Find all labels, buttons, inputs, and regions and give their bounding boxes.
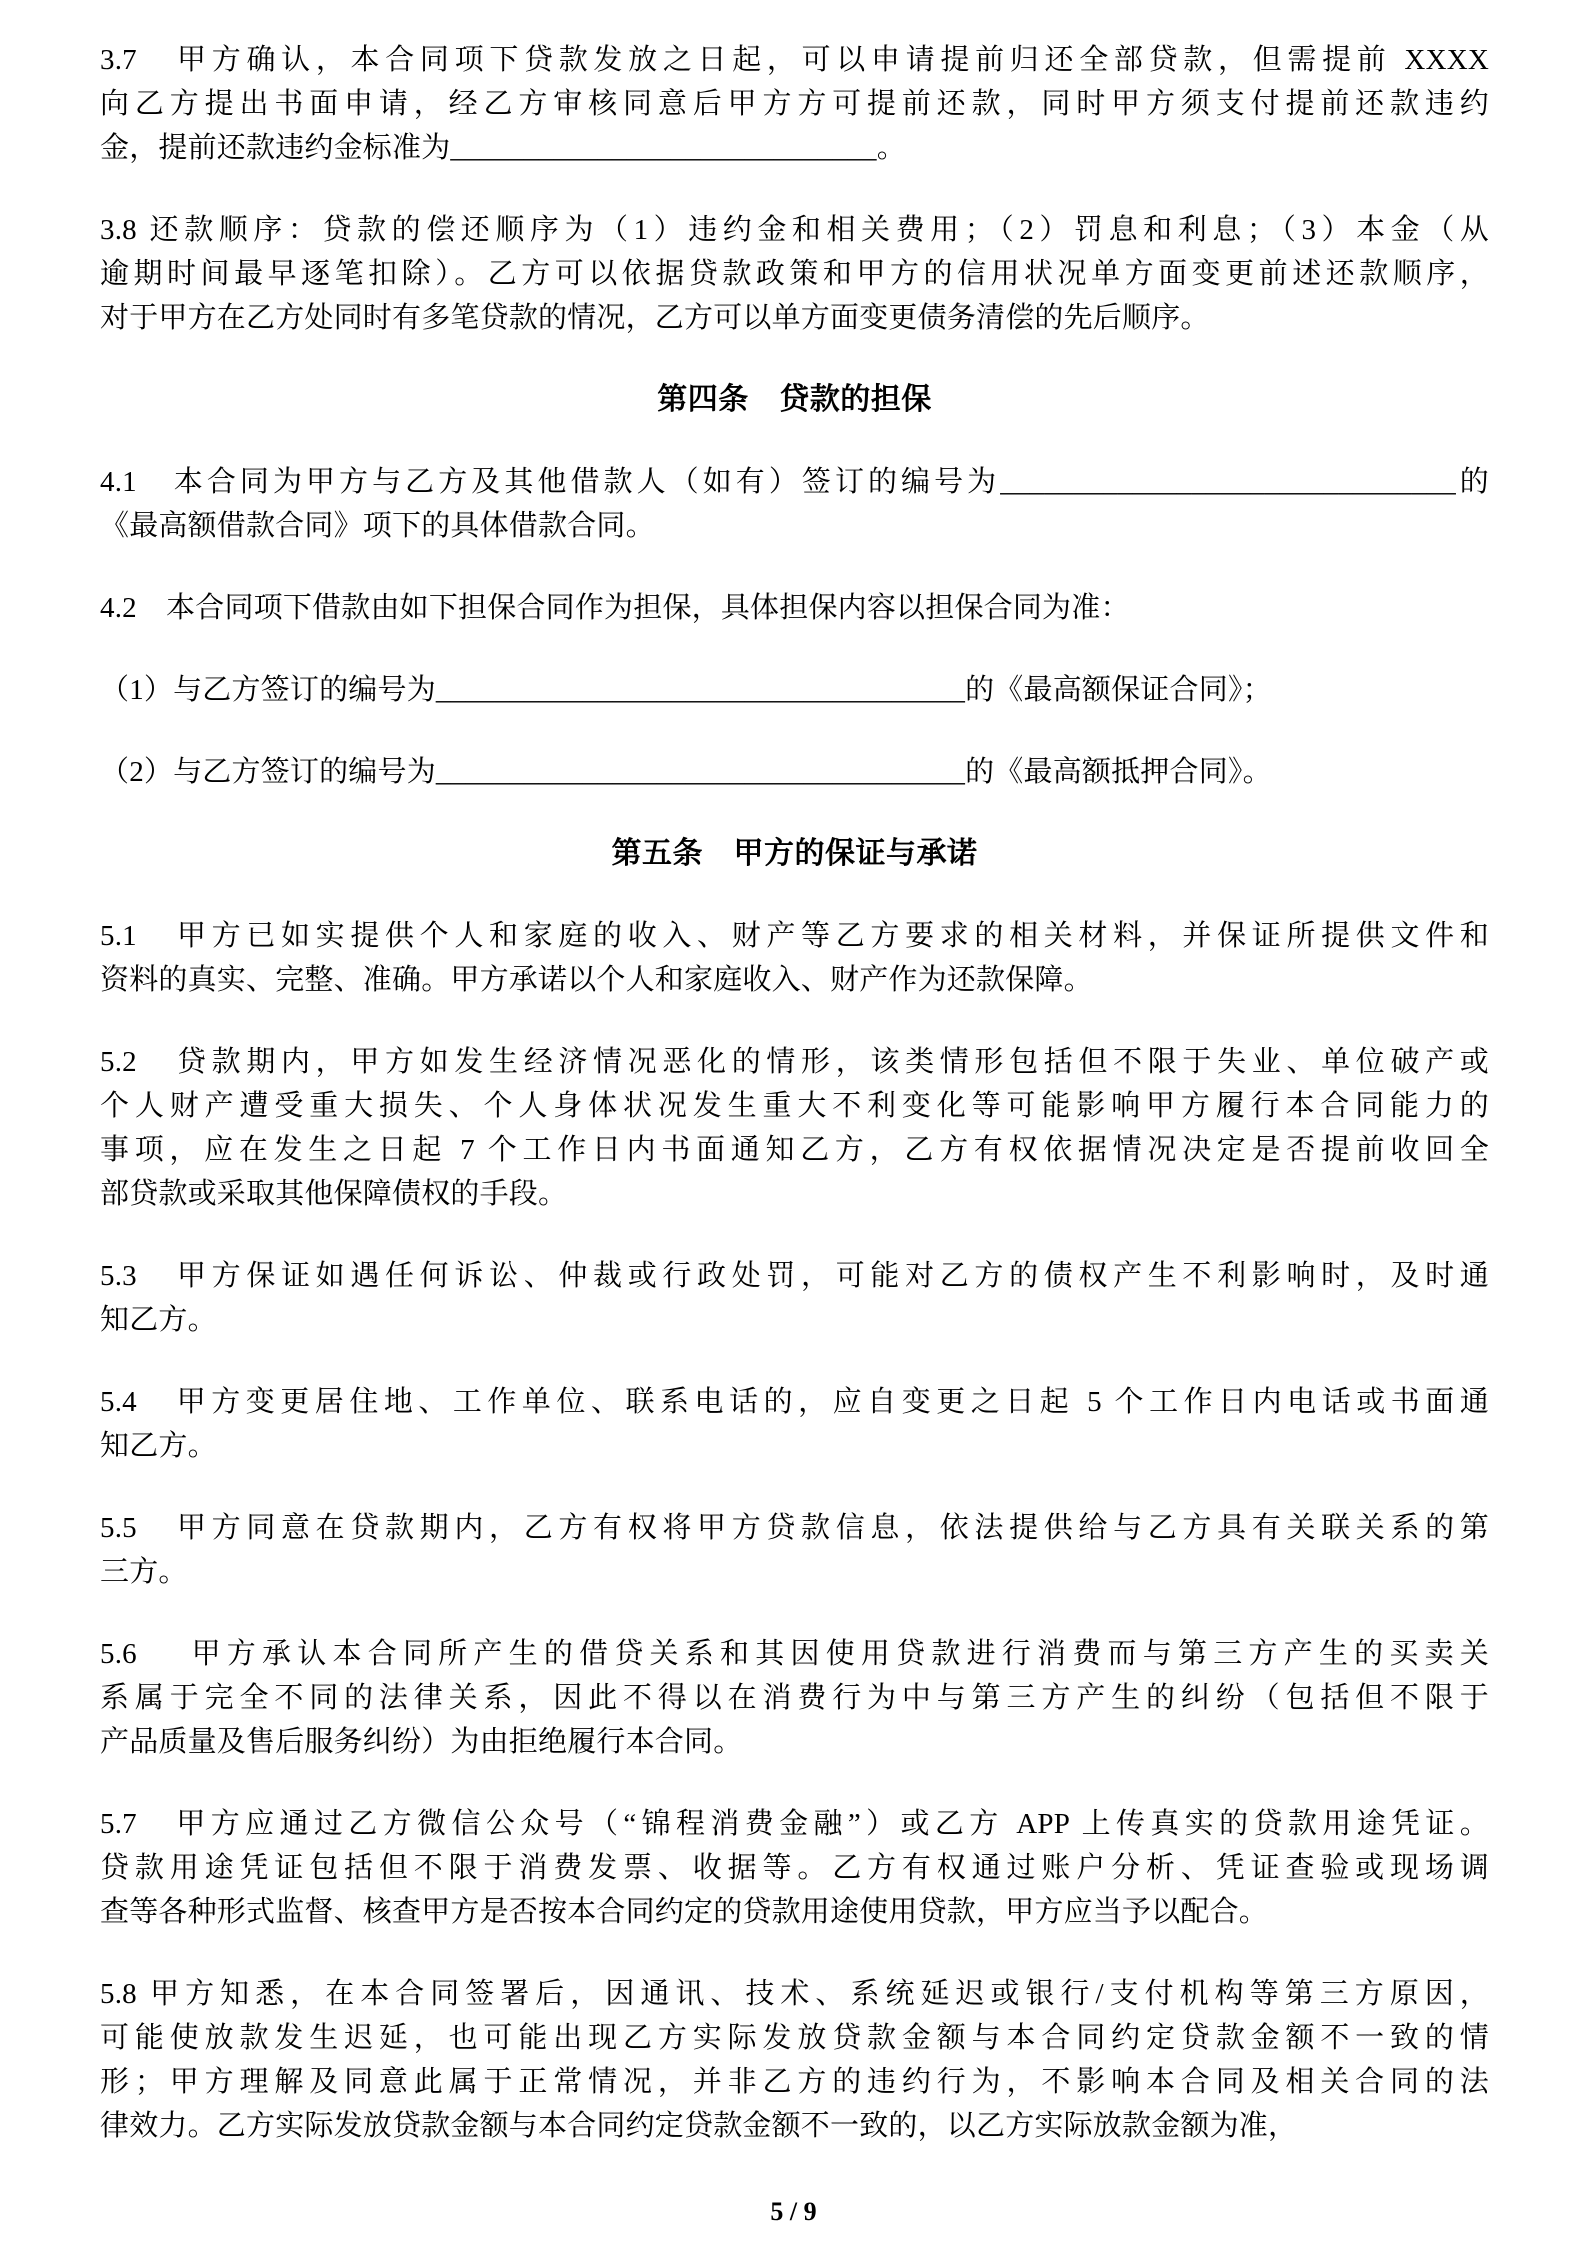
contract-paragraph: 5.6 甲方承认本合同所产生的借贷关系和其因使用贷款进行消费而与第三方产生的买卖… <box>100 1632 1489 1764</box>
text-line: 4.2 本合同项下借款由如下担保合同作为担保，具体担保内容以担保合同为准： <box>100 586 1489 630</box>
text-line: 事项，应在发生之日起 7 个工作日内书面通知乙方，乙方有权依据情况决定是否提前收… <box>100 1128 1489 1172</box>
text-line: 向乙方提出书面申请，经乙方审核同意后甲方方可提前还款，同时甲方须支付提前还款违约 <box>100 82 1489 126</box>
contract-paragraph: （1）与乙方签订的编号为____________________________… <box>100 668 1489 712</box>
text-line: 5.1 甲方已如实提供个人和家庭的收入、财产等乙方要求的相关材料，并保证所提供文… <box>100 914 1489 958</box>
contract-paragraph: 5.3 甲方保证如遇任何诉讼、仲裁或行政处罚，可能对乙方的债权产生不利影响时，及… <box>100 1254 1489 1342</box>
text-line: 律效力。乙方实际发放贷款金额与本合同约定贷款金额不一致的，以乙方实际放款金额为准… <box>100 2104 1489 2148</box>
text-line: 可能使放款发生迟延，也可能出现乙方实际发放贷款金额与本合同约定贷款金额不一致的情 <box>100 2016 1489 2060</box>
contract-paragraph: 3.8 还款顺序：贷款的偿还顺序为（1）违约金和相关费用；（2）罚息和利息；（3… <box>100 208 1489 340</box>
text-line: 3.7 甲方确认，本合同项下贷款发放之日起，可以申请提前归还全部贷款，但需提前 … <box>100 38 1489 82</box>
document-body: 3.7 甲方确认，本合同项下贷款发放之日起，可以申请提前归还全部贷款，但需提前 … <box>100 38 1489 2148</box>
text-line: 三方。 <box>100 1550 1489 1594</box>
text-line: 5.8 甲方知悉，在本合同签署后，因通讯、技术、系统延迟或银行/支付机构等第三方… <box>100 1972 1489 2016</box>
contract-paragraph: 5.5 甲方同意在贷款期内，乙方有权将甲方贷款信息，依法提供给与乙方具有关联关系… <box>100 1506 1489 1594</box>
text-line: 部贷款或采取其他保障债权的手段。 <box>100 1172 1489 1216</box>
text-line: 5.7 甲方应通过乙方微信公众号（“锦程消费金融”）或乙方 APP 上传真实的贷… <box>100 1802 1489 1846</box>
text-line: 5.6 甲方承认本合同所产生的借贷关系和其因使用贷款进行消费而与第三方产生的买卖… <box>100 1632 1489 1676</box>
text-line: 3.8 还款顺序：贷款的偿还顺序为（1）违约金和相关费用；（2）罚息和利息；（3… <box>100 208 1489 252</box>
contract-paragraph: （2）与乙方签订的编号为____________________________… <box>100 750 1489 794</box>
contract-paragraph: 4.1 本合同为甲方与乙方及其他借款人（如有）签订的编号为___________… <box>100 460 1489 548</box>
page-footer: 5 / 9 <box>0 2197 1587 2227</box>
contract-paragraph: 5.2 贷款期内，甲方如发生经济情况恶化的情形，该类情形包括但不限于失业、单位破… <box>100 1040 1489 1216</box>
text-line: 资料的真实、完整、准确。甲方承诺以个人和家庭收入、财产作为还款保障。 <box>100 958 1489 1002</box>
contract-paragraph: 3.7 甲方确认，本合同项下贷款发放之日起，可以申请提前归还全部贷款，但需提前 … <box>100 38 1489 170</box>
contract-paragraph: 4.2 本合同项下借款由如下担保合同作为担保，具体担保内容以担保合同为准： <box>100 586 1489 630</box>
text-line: 4.1 本合同为甲方与乙方及其他借款人（如有）签订的编号为___________… <box>100 460 1489 504</box>
text-line: 知乙方。 <box>100 1424 1489 1468</box>
text-line: 形；甲方理解及同意此属于正常情况，并非乙方的违约行为，不影响本合同及相关合同的法 <box>100 2060 1489 2104</box>
text-line: 金，提前还款违约金标准为____________________________… <box>100 126 1489 170</box>
text-line: 贷款用途凭证包括但不限于消费发票、收据等。乙方有权通过账户分析、凭证查验或现场调 <box>100 1846 1489 1890</box>
text-line: 对于甲方在乙方处同时有多笔贷款的情况，乙方可以单方面变更债务清偿的先后顺序。 <box>100 296 1489 340</box>
text-line: 产品质量及售后服务纠纷）为由拒绝履行本合同。 <box>100 1720 1489 1764</box>
contract-paragraph: 5.7 甲方应通过乙方微信公众号（“锦程消费金融”）或乙方 APP 上传真实的贷… <box>100 1802 1489 1934</box>
text-line: 5.3 甲方保证如遇任何诉讼、仲裁或行政处罚，可能对乙方的债权产生不利影响时，及… <box>100 1254 1489 1298</box>
contract-paragraph: 5.8 甲方知悉，在本合同签署后，因通讯、技术、系统延迟或银行/支付机构等第三方… <box>100 1972 1489 2148</box>
contract-paragraph: 5.4 甲方变更居住地、工作单位、联系电话的，应自变更之日起 5 个工作日内电话… <box>100 1380 1489 1468</box>
contract-paragraph: 5.1 甲方已如实提供个人和家庭的收入、财产等乙方要求的相关材料，并保证所提供文… <box>100 914 1489 1002</box>
text-line: 知乙方。 <box>100 1298 1489 1342</box>
page-number: 5 / 9 <box>770 2197 816 2226</box>
text-line: 查等各种形式监督、核查甲方是否按本合同约定的贷款用途使用贷款，甲方应当予以配合。 <box>100 1890 1489 1934</box>
text-line: 《最高额借款合同》项下的具体借款合同。 <box>100 504 1489 548</box>
text-line: 逾期时间最早逐笔扣除）。乙方可以依据贷款政策和甲方的信用状况单方面变更前述还款顺… <box>100 252 1489 296</box>
text-line: （1）与乙方签订的编号为____________________________… <box>100 668 1489 712</box>
text-line: 5.5 甲方同意在贷款期内，乙方有权将甲方贷款信息，依法提供给与乙方具有关联关系… <box>100 1506 1489 1550</box>
text-line: 系属于完全不同的法律关系，因此不得以在消费行为中与第三方产生的纠纷（包括但不限于 <box>100 1676 1489 1720</box>
text-line: 5.4 甲方变更居住地、工作单位、联系电话的，应自变更之日起 5 个工作日内电话… <box>100 1380 1489 1424</box>
text-line: 5.2 贷款期内，甲方如发生经济情况恶化的情形，该类情形包括但不限于失业、单位破… <box>100 1040 1489 1084</box>
text-line: 个人财产遭受重大损失、个人身体状况发生重大不利变化等可能影响甲方履行本合同能力的 <box>100 1084 1489 1128</box>
contract-page: 3.7 甲方确认，本合同项下贷款发放之日起，可以申请提前归还全部贷款，但需提前 … <box>0 0 1587 2245</box>
section-heading: 第五条 甲方的保证与承诺 <box>100 832 1489 876</box>
text-line: （2）与乙方签订的编号为____________________________… <box>100 750 1489 794</box>
section-heading: 第四条 贷款的担保 <box>100 378 1489 422</box>
